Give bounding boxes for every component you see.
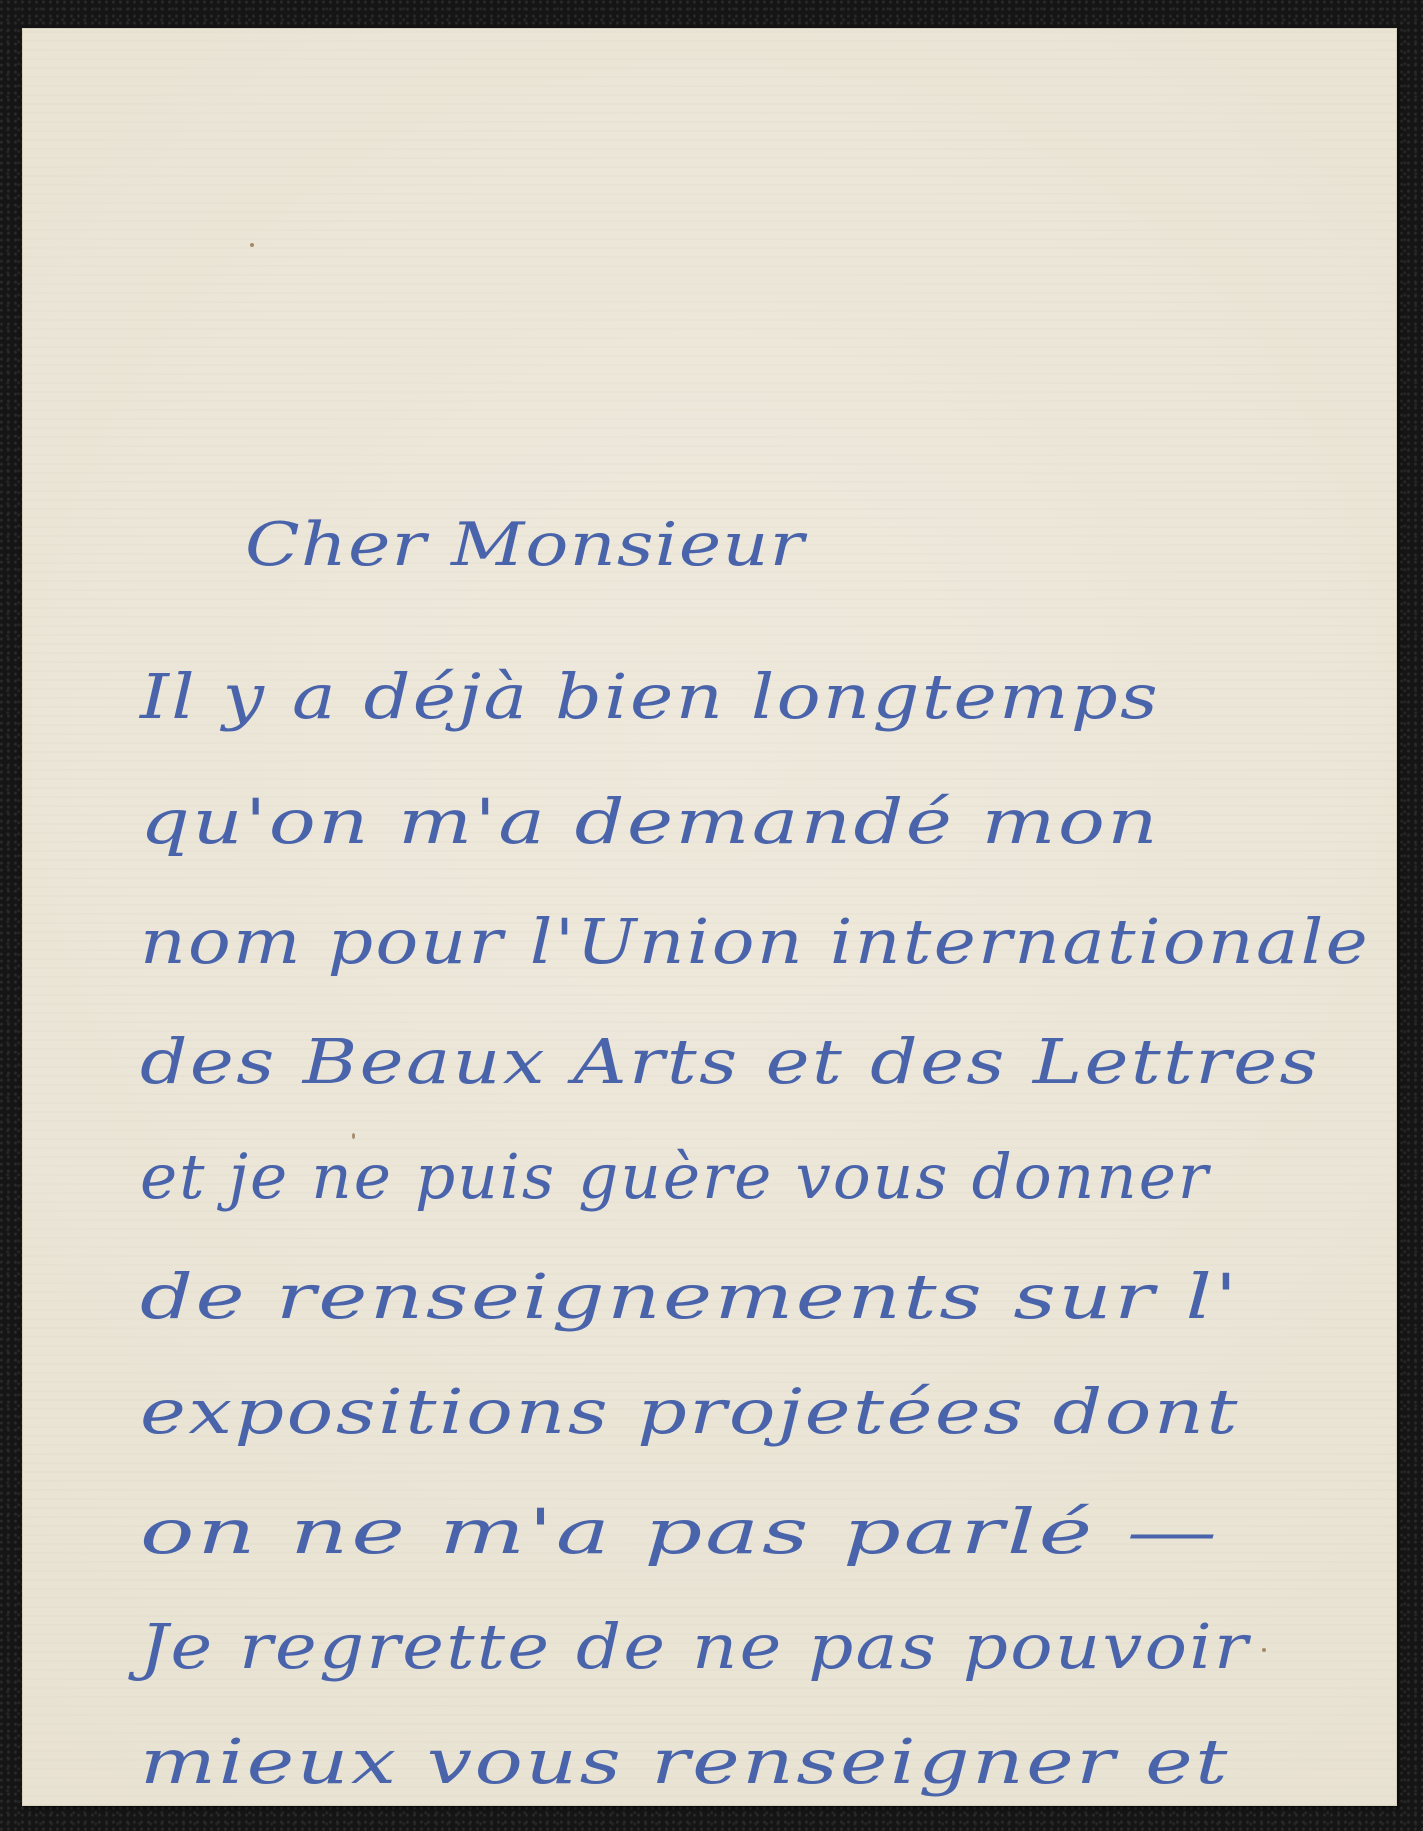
letter-line-1: Il y a déjà bien longtemps <box>140 660 1160 733</box>
letter-line-6: de renseignements sur l' <box>140 1260 1240 1333</box>
letter-line-5: et je ne puis guère vous donner <box>140 1140 1210 1213</box>
letter-line-9: Je regrette de ne pas pouvoir <box>140 1610 1250 1683</box>
letter-line-7: expositions projetées dont <box>140 1375 1240 1448</box>
paper-speck <box>250 243 254 247</box>
letter-salutation: Cher Monsieur <box>245 510 805 580</box>
letter-line-10: mieux vous renseigner et <box>140 1725 1230 1798</box>
paper-speck <box>1262 1648 1266 1652</box>
letter-line-8: on ne m'a pas parlé — <box>140 1495 1220 1568</box>
letter-line-2: qu'on m'a demandé mon <box>140 785 1160 858</box>
paper-speck <box>352 1133 355 1139</box>
letter-line-4: des Beaux Arts et des Lettres <box>140 1025 1320 1098</box>
letter-line-3: nom pour l'Union internationale <box>140 905 1370 978</box>
